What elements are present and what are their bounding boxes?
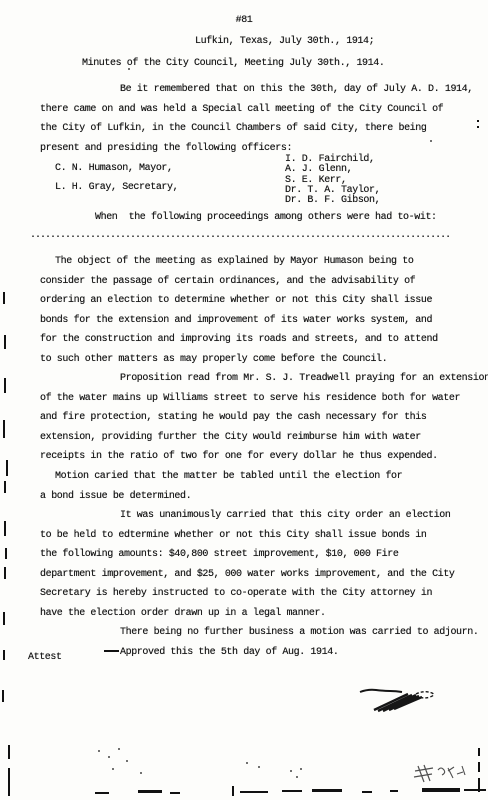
text-line: bonds for the extension and improvement … [40, 311, 474, 331]
noise-speck [258, 766, 260, 768]
binding-mark [4, 378, 6, 393]
noise-speck [108, 756, 110, 758]
bottom-edge-mark [282, 790, 302, 792]
text-line: Approved this the 5th day of Aug. 1914. [40, 643, 474, 663]
attest-label: Attest [28, 652, 62, 663]
edge-speck [477, 120, 479, 122]
noise-speck [290, 770, 292, 772]
officer-name: L. H. Gray, Secretary, [55, 178, 178, 197]
text-line: Secretary is hereby instructed to co-ope… [40, 584, 474, 604]
binding-mark [3, 612, 5, 625]
officer-name: Dr. B. F. Gibson, [285, 196, 380, 206]
bottom-edge-mark [138, 790, 162, 793]
binding-mark [2, 690, 4, 702]
officers-left-column: C. N. Humason, Mayor,L. H. Gray, Secreta… [55, 159, 178, 197]
binding-mark [5, 548, 7, 559]
intro-paragraph: Be it remembered that on this the 30th, … [40, 80, 472, 158]
noise-speck [140, 772, 142, 774]
noise-speck [118, 748, 120, 750]
officers-right-column: I. D. Fairchild,A. J. Glenn,S. E. Kerr,D… [285, 155, 380, 206]
bottom-edge-mark [390, 790, 398, 792]
noise-speck [430, 140, 432, 142]
text-line: the following amounts: $40,800 street im… [40, 545, 474, 565]
text-line: a bond issue be determined. [40, 487, 474, 507]
text-line: Motion caried that the matter be tabled … [40, 467, 474, 487]
binding-mark [3, 420, 5, 438]
noise-speck [112, 768, 114, 770]
bottom-edge-mark [464, 789, 486, 791]
text-line: to be held to edtermine whether or not t… [40, 526, 474, 546]
bottom-edge-mark [422, 788, 460, 792]
text-line: The object of the meeting as explained b… [40, 252, 474, 272]
bottom-edge-mark [170, 792, 180, 794]
text-line: the City of Lufkin, in the Council Chamb… [40, 119, 472, 139]
binding-mark [8, 768, 10, 796]
binding-mark [4, 335, 6, 349]
text-line: for the construction and improving its r… [40, 330, 474, 350]
body-paragraphs: The object of the meeting as explained b… [40, 252, 474, 662]
officer-name: C. N. Humason, Mayor, [55, 159, 178, 178]
binding-mark [8, 745, 10, 759]
text-line: have the election order drawn up in a le… [40, 604, 474, 624]
binding-mark [3, 292, 5, 304]
dateline: Lufkin, Texas, July 30th., 1914; [195, 36, 374, 47]
noise-speck [128, 68, 130, 70]
bottom-edge-mark [240, 791, 268, 793]
text-line: receipts in the ratio of two for one for… [40, 447, 474, 467]
edge-mark [478, 762, 480, 772]
underline-smudge [104, 650, 119, 652]
binding-mark [4, 521, 6, 536]
text-line: and fire protection, stating he would pa… [40, 408, 474, 428]
scanned-document-page: #81 Lufkin, Texas, July 30th., 1914; Min… [0, 0, 488, 800]
text-line: It was unanimously carried that this cit… [40, 506, 474, 526]
bottom-edge-mark [95, 792, 109, 794]
binding-mark [3, 650, 5, 660]
text-line: to such other matters as may properly co… [40, 350, 474, 370]
text-line: Proposition read from Mr. S. J. Treadwel… [40, 369, 474, 389]
text-line: of the water mains up Williams street to… [40, 389, 474, 409]
noise-speck [246, 762, 248, 764]
edge-speck [477, 126, 479, 128]
proceedings-intro: When the following proceedings among oth… [95, 212, 437, 223]
noise-speck [126, 760, 128, 762]
bottom-edge-mark [312, 789, 342, 792]
noise-speck [296, 776, 298, 778]
text-line: there came on and was held a Special cal… [40, 100, 472, 120]
signature-scribble [356, 684, 442, 716]
text-line: extension, providing further the City wo… [40, 428, 474, 448]
text-line: present and presiding the following offi… [40, 139, 472, 159]
bottom-edge-mark [362, 791, 372, 793]
edge-mark [478, 748, 480, 756]
pencil-mark-scribble [410, 756, 474, 788]
noise-speck [98, 750, 100, 752]
dotted-separator: ........................................… [30, 230, 450, 241]
bottom-edge-mark [232, 786, 234, 796]
binding-mark [4, 567, 6, 579]
binding-mark [6, 460, 8, 476]
binding-mark [4, 481, 6, 493]
text-line: department improvement, and $25, 000 wat… [40, 565, 474, 585]
page-number: #81 [0, 15, 488, 26]
noise-speck [300, 768, 302, 770]
text-line: Be it remembered that on this the 30th, … [40, 80, 472, 100]
text-line: ordering an election to determine whethe… [40, 291, 474, 311]
text-line: consider the passage of certain ordinanc… [40, 272, 474, 292]
text-line: There being no further business a motion… [40, 623, 474, 643]
